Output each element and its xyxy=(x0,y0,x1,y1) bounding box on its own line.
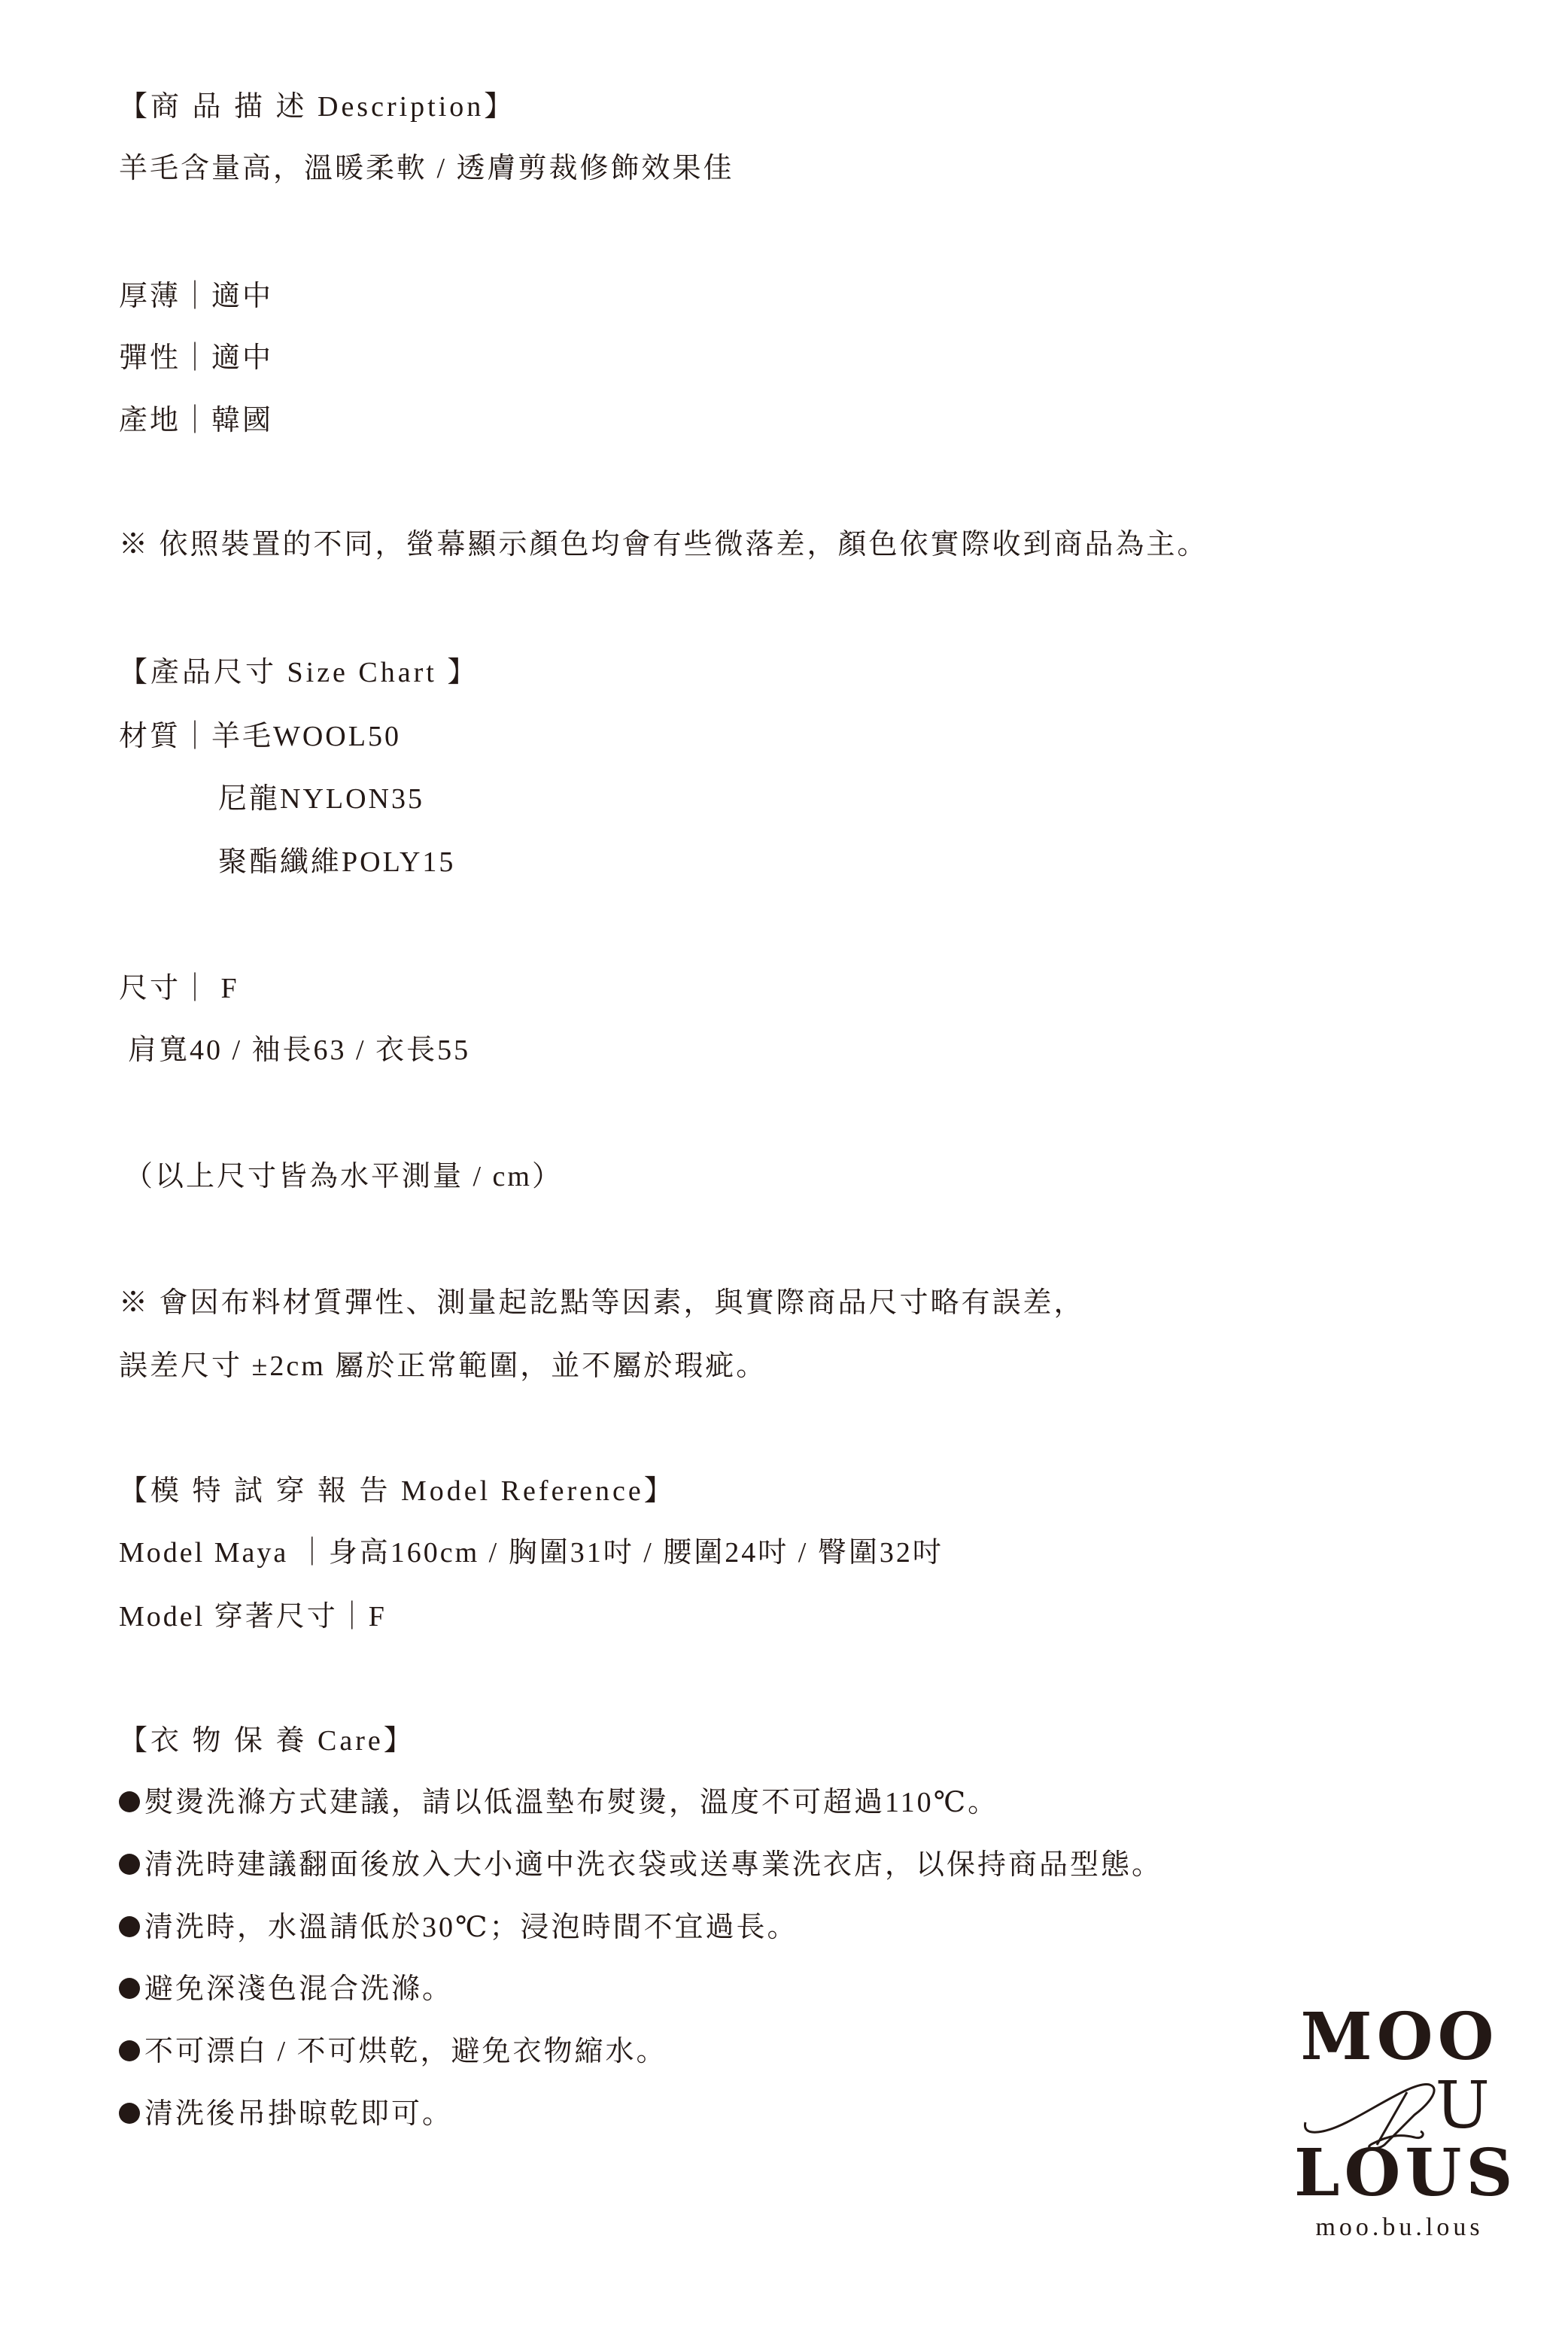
bullet-icon xyxy=(119,1854,140,1875)
brand-logo: MOO U LOUS moo.bu.lous xyxy=(1294,2005,1505,2264)
model-size: Model 穿著尺寸｜F xyxy=(119,1599,387,1635)
care-item: 清洗時建議翻面後放入大小適中洗衣袋或送專業洗衣店，以保持商品型態。 xyxy=(119,1847,1162,1883)
bullet-icon xyxy=(119,1978,140,1999)
description-heading: 【商 品 描 述 Description】 xyxy=(119,89,515,125)
bullet-icon xyxy=(119,2103,140,2124)
care-item: 清洗時，水溫請低於30℃；浸泡時間不宜過長。 xyxy=(119,1909,798,1945)
care-item: 不可漂白 / 不可烘乾，避免衣物縮水。 xyxy=(119,2034,667,2070)
care-item: 熨燙洗滌方式建議，請以低溫墊布熨燙，溫度不可超過110℃。 xyxy=(119,1785,998,1821)
logo-line-1: MOO xyxy=(1294,2005,1505,2070)
bullet-icon xyxy=(119,2040,140,2061)
logo-letter-u: U xyxy=(1436,2073,1490,2138)
attribute-origin: 產地｜韓國 xyxy=(119,402,273,439)
care-item: 清洗後吊掛晾乾即可。 xyxy=(119,2096,453,2132)
logo-url: moo.bu.lous xyxy=(1294,2213,1505,2242)
model-reference-heading: 【模 特 試 穿 報 告 Model Reference】 xyxy=(119,1473,676,1509)
material-label: 材質｜羊毛WOOL50 xyxy=(119,718,401,755)
size-chart-heading: 【產品尺寸 Size Chart 】 xyxy=(119,655,479,691)
attribute-thickness: 厚薄｜適中 xyxy=(119,278,273,314)
logo-line-2: U xyxy=(1294,2070,1505,2141)
care-item-text: 熨燙洗滌方式建議，請以低溫墊布熨燙，溫度不可超過110℃。 xyxy=(144,1787,998,1818)
care-item-text: 避免深淺色混合洗滌。 xyxy=(144,1973,453,2005)
tolerance-line-2: 誤差尺寸 ±2cm 屬於正常範圍，並不屬於瑕疵。 xyxy=(119,1348,767,1384)
care-heading: 【衣 物 保 養 Care】 xyxy=(119,1723,415,1759)
size-measurements: 肩寬40 / 袖長63 / 衣長55 xyxy=(128,1032,470,1068)
care-item-text: 不可漂白 / 不可烘乾，避免衣物縮水。 xyxy=(144,2036,667,2067)
attribute-elasticity: 彈性｜適中 xyxy=(119,340,273,376)
tolerance-line-1: ※ 會因布料材質彈性、測量起訖點等因素，與實際商品尺寸略有誤差， xyxy=(119,1285,1085,1321)
material-poly: 聚酯纖維POLY15 xyxy=(218,844,455,880)
care-item-text: 清洗時，水溫請低於30℃；浸泡時間不宜過長。 xyxy=(144,1912,798,1943)
material-nylon: 尼龍NYLON35 xyxy=(218,781,424,817)
bullet-icon xyxy=(119,1916,140,1937)
measure-note: （以上尺寸皆為水平測量 / cm） xyxy=(124,1159,563,1195)
care-item-text: 清洗時建議翻面後放入大小適中洗衣袋或送專業洗衣店，以保持商品型態。 xyxy=(144,1849,1162,1881)
size-label: 尺寸｜ F xyxy=(119,970,239,1007)
care-item-text: 清洗後吊掛晾乾即可。 xyxy=(144,2098,453,2130)
care-item: 避免深淺色混合洗滌。 xyxy=(119,1971,453,2007)
bullet-icon xyxy=(119,1791,140,1812)
color-notice: ※ 依照裝置的不同，螢幕顯示顏色均會有些微落差，顏色依實際收到商品為主。 xyxy=(119,527,1208,563)
model-info: Model Maya ｜身高160cm / 胸圍31吋 / 腰圍24吋 / 臀圍… xyxy=(119,1535,944,1571)
description-summary: 羊毛含量高，溫暖柔軟 / 透膚剪裁修飾效果佳 xyxy=(119,150,734,187)
bu-script-icon xyxy=(1302,2070,1445,2152)
